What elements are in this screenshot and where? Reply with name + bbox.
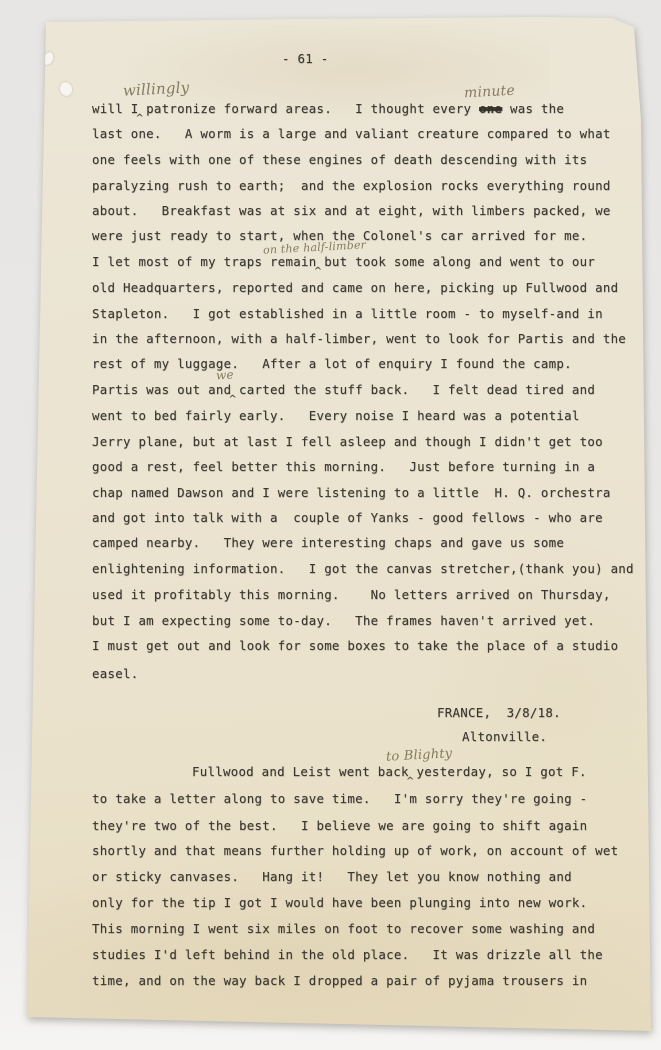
- typed-line: they're two of the best. I believe we ar…: [92, 820, 587, 832]
- handwritten-annotation: we: [216, 369, 234, 382]
- typed-line: Stapleton. I got established in a little…: [92, 308, 603, 320]
- typed-line: good a rest, feel better this morning. J…: [92, 461, 595, 473]
- typed-line: but I am expecting some to-day. The fram…: [92, 615, 595, 627]
- insertion-caret-mark: ^: [406, 777, 415, 787]
- typed-line: time, and on the way back I dropped a pa…: [92, 975, 587, 987]
- dateline-location-date: FRANCE, 3/8/18.: [437, 707, 561, 719]
- struck-out-word: one: [479, 101, 502, 116]
- typed-line: camped nearby. They were interesting cha…: [92, 537, 564, 549]
- typed-line: and got into talk with a couple of Yanks…: [92, 512, 603, 524]
- typed-line: or sticky canvases. Hang it! They let yo…: [92, 871, 572, 883]
- typed-line: studies I'd left behind in the old place…: [92, 949, 603, 961]
- typed-line: to take a letter along to save time. I'm…: [92, 793, 587, 805]
- typed-line: old Headquarters, reported and came on h…: [92, 282, 618, 294]
- typed-line: Partis was out and carted the stuff back…: [92, 384, 595, 396]
- typed-line: enlightening information. I got the canv…: [92, 563, 634, 575]
- paper-surface: - 61 -will I patronize forward areas. I …: [0, 0, 661, 1050]
- typed-line: chap named Dawson and I were listening t…: [92, 487, 611, 499]
- typed-line: last one. A worm is a large and valiant …: [92, 128, 611, 140]
- typed-line: Jerry plane, but at last I fell asleep a…: [92, 436, 603, 448]
- page-number: - 61 -: [282, 53, 328, 65]
- typed-line: I must get out and look for some boxes t…: [92, 640, 618, 652]
- insertion-caret-mark: ^: [314, 267, 323, 277]
- typed-line: in the afternoon, with a half-limber, we…: [92, 333, 626, 345]
- typed-line: went to bed fairly early. Every noise I …: [92, 410, 580, 422]
- typed-line: paralyzing rush to earth; and the explos…: [92, 180, 611, 192]
- typed-line: shortly and that means further holding u…: [92, 845, 618, 857]
- typed-line: Fullwood and Leist went back yesterday, …: [192, 766, 587, 778]
- photograph-background: - 61 -will I patronize forward areas. I …: [0, 0, 661, 1050]
- typed-line: I let most of my traps remain but took s…: [92, 256, 595, 268]
- typed-line: about. Breakfast was at six and at eight…: [92, 205, 611, 217]
- paper-sheet: - 61 -will I patronize forward areas. I …: [0, 0, 661, 1050]
- handwritten-annotation: willingly: [123, 80, 190, 98]
- insertion-caret-mark: ^: [136, 114, 145, 124]
- typed-line: rest of my luggage. After a lot of enqui…: [92, 358, 572, 370]
- typed-line: This morning I went six miles on foot to…: [92, 923, 595, 935]
- typed-line: only for the tip I got I would have been…: [92, 897, 587, 909]
- typed-line: used it profitably this morning. No lett…: [92, 589, 611, 601]
- typed-line: will I patronize forward areas. I though…: [92, 103, 564, 115]
- insertion-caret-mark: ^: [229, 395, 238, 405]
- handwritten-annotation: minute: [464, 84, 516, 101]
- typed-line: easel.: [92, 668, 138, 680]
- handwritten-annotation: to Blighty: [385, 747, 452, 763]
- typed-text-layer: - 61 -will I patronize forward areas. I …: [0, 0, 661, 1050]
- dateline-place: Altonville.: [462, 731, 547, 743]
- typed-line: one feels with one of these engines of d…: [92, 154, 587, 166]
